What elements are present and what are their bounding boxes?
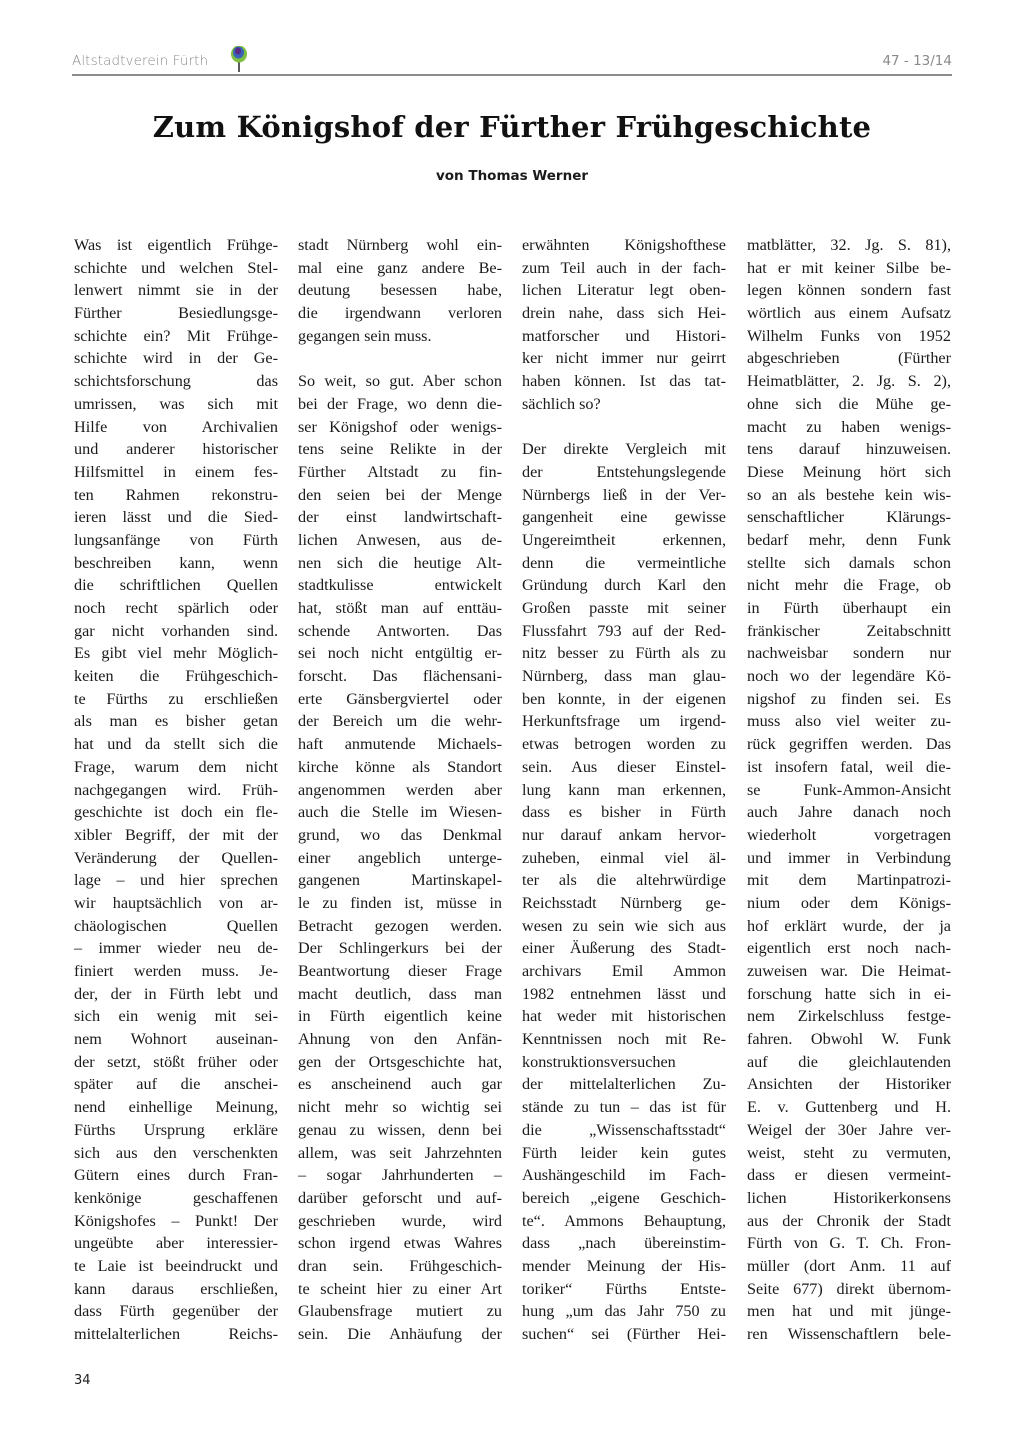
text-line: – immer wieder neu de- — [74, 937, 278, 960]
text-line: Aushängeschild im Fach- — [522, 1164, 726, 1187]
text-line: Fürther Altstadt zu fin- — [298, 461, 502, 484]
text-line: mal eine ganz andere Be- — [298, 257, 502, 280]
text-line: lage – und hier sprechen — [74, 869, 278, 892]
text-line: kann daraus erschließen, — [74, 1278, 278, 1301]
text-line: Glaubensfrage mutiert zu — [298, 1300, 502, 1323]
text-line: mender Meinung der His- — [522, 1255, 726, 1278]
text-line: ieren lässt und die Sied- — [74, 506, 278, 529]
text-line: schon irgend etwas Wahres — [298, 1232, 502, 1255]
text-line: rück gegriffen werden. Das — [747, 733, 951, 756]
text-line: Hilfsmittel in einem fes- — [74, 461, 278, 484]
text-line: der, der in Fürth lebt und — [74, 983, 278, 1006]
text-line: nicht mehr so wichtig sei — [298, 1096, 502, 1119]
text-line: legen können sondern fast — [747, 279, 951, 302]
text-line: ist insofern fatal, weil die- — [747, 756, 951, 779]
text-line: nem Zirkelschluss festge- — [747, 1005, 951, 1028]
text-line: nen sich die heutige Alt- — [298, 552, 502, 575]
text-line: die „Wissenschaftsstadt“ — [522, 1119, 726, 1142]
text-line: te Fürths zu erschließen — [74, 688, 278, 711]
text-line: gangenen Martinskapel- — [298, 869, 502, 892]
text-line: Gütern eines durch Fran- — [74, 1164, 278, 1187]
text-line: auch die Stelle im Wiesen- — [298, 801, 502, 824]
text-line: eigentlich erst noch nach- — [747, 937, 951, 960]
text-line: hat weder mit historischen — [522, 1005, 726, 1028]
text-line: lichen Literatur legt oben- — [522, 279, 726, 302]
text-line: zum Teil auch in der fach- — [522, 257, 726, 280]
text-line: sich aus den verschenkten — [74, 1142, 278, 1165]
text-line: Ungereimtheit erkennen, — [522, 529, 726, 552]
text-line: Flussfahrt 793 auf der Red- — [522, 620, 726, 643]
text-line: matforscher und Histori- — [522, 325, 726, 348]
text-line: ten Rahmen rekonstru- — [74, 484, 278, 507]
text-line: bei der Frage, wo denn die- — [298, 393, 502, 416]
text-line: einer angeblich unterge- — [298, 847, 502, 870]
text-line: macht zu haben wenigs- — [747, 416, 951, 439]
text-line: nend einhellige Meinung, — [74, 1096, 278, 1119]
text-line: kirche könne als Standort — [298, 756, 502, 779]
text-line: der einst landwirtschaft- — [298, 506, 502, 529]
text-line: der setzt, stößt früher oder — [74, 1051, 278, 1074]
text-line: ter als die altehrwürdige — [522, 869, 726, 892]
text-line: ren Wissenschaftlern bele- — [747, 1323, 951, 1346]
text-line: Ahnung von den Anfän- — [298, 1028, 502, 1051]
text-line: schichte und welchen Stel- — [74, 257, 278, 280]
paragraph-gap — [522, 416, 726, 439]
text-line: Fürth leider kein gutes — [522, 1142, 726, 1165]
text-line: wesen zu sein wie sich aus — [522, 915, 726, 938]
text-line: geschichte ist doch ein fle- — [74, 801, 278, 824]
article-author: von Thomas Werner — [0, 168, 1024, 184]
text-line: Veränderung der Quellen- — [74, 847, 278, 870]
text-line: lichen Historikerkonsens — [747, 1187, 951, 1210]
text-line: suchen“ sei (Fürther Hei- — [522, 1323, 726, 1346]
text-line: Königshofes – Punkt! Der — [74, 1210, 278, 1233]
text-line: deutung besessen habe, — [298, 279, 502, 302]
text-line: te Laie ist beeindruckt und — [74, 1255, 278, 1278]
text-line: ker nicht immer nur geirrt — [522, 347, 726, 370]
text-line: der Bereich um die wehr- — [298, 710, 502, 733]
text-line: stände zu tun – das ist für — [522, 1096, 726, 1119]
text-line: gar nicht vorhanden sind. — [74, 620, 278, 643]
text-line: hof erklärt wurde, der ja — [747, 915, 951, 938]
text-line: dran sein. Frühgeschich- — [298, 1255, 502, 1278]
text-line: sächlich so? — [522, 393, 726, 416]
text-line: schichte wird in der Ge- — [74, 347, 278, 370]
text-line: es anscheinend auch gar — [298, 1073, 502, 1096]
text-line: ohne sich die Mühe ge- — [747, 393, 951, 416]
text-line: matblätter, 32. Jg. S. 81), — [747, 234, 951, 257]
text-line: Beantwortung dieser Frage — [298, 960, 502, 983]
text-line: nachweisbar sondern nur — [747, 642, 951, 665]
text-line: schichtsforschung das — [74, 370, 278, 393]
text-line: Wilhelm Funks von 1952 — [747, 325, 951, 348]
issue-number: 47 - 13/14 — [882, 53, 952, 69]
text-line: in Fürth eigentlich keine — [298, 1005, 502, 1028]
text-line: sich ein wenig mit sei- — [74, 1005, 278, 1028]
text-line: stadtkulisse entwickelt — [298, 574, 502, 597]
tree-icon — [230, 46, 248, 72]
text-line: aus der Chronik der Stadt — [747, 1210, 951, 1233]
text-line: Fürths Ursprung erkläre — [74, 1119, 278, 1142]
text-line: hat und da stellt sich die — [74, 733, 278, 756]
text-line: grund, wo das Denkmal — [298, 824, 502, 847]
text-line: te“. Ammons Behauptung, — [522, 1210, 726, 1233]
text-line: die irgendwann verloren — [298, 302, 502, 325]
text-line: den seien bei der Menge — [298, 484, 502, 507]
text-line: toriker“ Fürths Entste- — [522, 1278, 726, 1301]
text-line: Fürther Besiedlungsge- — [74, 302, 278, 325]
text-line: auch Jahre danach noch — [747, 801, 951, 824]
text-line: und immer in Verbindung — [747, 847, 951, 870]
text-line: nur darauf ankam hervor- — [522, 824, 726, 847]
text-line: noch wo der legendäre Kö- — [747, 665, 951, 688]
text-line: Nürnbergs ließ in der Ver- — [522, 484, 726, 507]
text-line: Seite 677) direkt übernom- — [747, 1278, 951, 1301]
text-line: forschung hatte sich in ei- — [747, 983, 951, 1006]
text-line: dass er diesen vermeint- — [747, 1164, 951, 1187]
text-line: lichen Anwesen, aus de- — [298, 529, 502, 552]
text-line: Großen passte mit seiner — [522, 597, 726, 620]
text-line: Hilfe von Archivalien — [74, 416, 278, 439]
page-number: 34 — [74, 1373, 91, 1388]
text-line: chäologischen Quellen — [74, 915, 278, 938]
text-column-2: stadt Nürnberg wohl ein-mal eine ganz an… — [298, 234, 502, 1346]
publisher-name: Altstadtverein Fürth — [72, 53, 208, 69]
text-line: umrissen, was sich mit — [74, 393, 278, 416]
text-line: lung kann man erkennen, — [522, 779, 726, 802]
text-line: finiert werden muss. Je- — [74, 960, 278, 983]
text-column-4: matblätter, 32. Jg. S. 81),hat er mit ke… — [747, 234, 951, 1346]
text-line: erwähnten Königshofthese — [522, 234, 726, 257]
text-line: macht deutlich, dass man — [298, 983, 502, 1006]
text-line: zuheben, einmal viel äl- — [522, 847, 726, 870]
text-line: stellte sich damals schon — [747, 552, 951, 575]
text-line: Betracht gezogen werden. — [298, 915, 502, 938]
text-line: te scheint hier zu einer Art — [298, 1278, 502, 1301]
text-line: haft anmutende Michaels- — [298, 733, 502, 756]
text-line: Diese Meinung hört sich — [747, 461, 951, 484]
text-line: allem, was seit Jahrzehnten — [298, 1142, 502, 1165]
text-line: die schriftlichen Quellen — [74, 574, 278, 597]
text-line: etwas betrogen worden zu — [522, 733, 726, 756]
text-line: schende Antworten. Das — [298, 620, 502, 643]
text-line: So weit, so gut. Aber schon — [298, 370, 502, 393]
text-line: geschrieben wurde, wird — [298, 1210, 502, 1233]
text-line: 1982 entnehmen lässt und — [522, 983, 726, 1006]
text-line: dass es bisher in Fürth — [522, 801, 726, 824]
text-line: hat, stößt man auf enttäu- — [298, 597, 502, 620]
text-line: darüber geforscht und auf- — [298, 1187, 502, 1210]
text-line: bedarf mehr, denn Funk — [747, 529, 951, 552]
text-line: konstruktionsversuchen — [522, 1051, 726, 1074]
text-line: fränkischer Zeitabschnitt — [747, 620, 951, 643]
text-line: Der direkte Vergleich mit — [522, 438, 726, 461]
text-line: nitz besser zu Fürth als zu — [522, 642, 726, 665]
text-line: mit dem Martinpatrozi- — [747, 869, 951, 892]
text-line: tens seine Relikte in der — [298, 438, 502, 461]
text-line: in Fürth überhaupt ein — [747, 597, 951, 620]
text-line: Nürnberg, dass man glau- — [522, 665, 726, 688]
article-body: Was ist eigentlich Frühge-schichte und w… — [74, 234, 952, 1354]
text-line: ser Königshof oder wenigs- — [298, 416, 502, 439]
text-line: dass Fürth gegenüber der — [74, 1300, 278, 1323]
text-line: sein. Die Anhäufung der — [298, 1323, 502, 1346]
text-line: Frage, warum dem nicht — [74, 756, 278, 779]
text-line: weist, steht zu vermuten, — [747, 1142, 951, 1165]
text-line: fahren. Obwohl W. Funk — [747, 1028, 951, 1051]
text-line: gangenheit eine gewisse — [522, 506, 726, 529]
text-line: gegangen sein muss. — [298, 325, 502, 348]
text-line: nachgegangen wird. Früh- — [74, 779, 278, 802]
text-line: abgeschrieben (Fürther — [747, 347, 951, 370]
text-line: Heimatblätter, 2. Jg. S. 2), — [747, 370, 951, 393]
text-line: drein nahe, dass sich Hei- — [522, 302, 726, 325]
text-line: stadt Nürnberg wohl ein- — [298, 234, 502, 257]
text-line: zuweisen war. Die Heimat- — [747, 960, 951, 983]
text-line: schichte ein? Mit Frühge- — [74, 325, 278, 348]
text-line: E. v. Guttenberg und H. — [747, 1096, 951, 1119]
text-line: erte Gänsbergviertel oder — [298, 688, 502, 711]
text-line: Kenntnissen noch mit Re- — [522, 1028, 726, 1051]
text-line: lenwert nimmt sie in der — [74, 279, 278, 302]
text-line: archivars Emil Ammon — [522, 960, 726, 983]
text-line: tens darauf hinzuweisen. — [747, 438, 951, 461]
text-line: der Entstehungslegende — [522, 461, 726, 484]
text-line: forscht. Das flächensani- — [298, 665, 502, 688]
text-line: lungsanfänge von Fürth — [74, 529, 278, 552]
paragraph-gap — [298, 347, 502, 370]
text-line: noch recht spärlich oder — [74, 597, 278, 620]
text-line: xibler Begriff, der mit der — [74, 824, 278, 847]
text-line: Fürth von G. T. Ch. Fron- — [747, 1232, 951, 1255]
text-line: senschaftlicher Klärungs- — [747, 506, 951, 529]
text-line: Herkunftsfrage um irgend- — [522, 710, 726, 733]
text-line: kenkönige geschaffenen — [74, 1187, 278, 1210]
text-line: denn die vermeintliche — [522, 552, 726, 575]
text-line: ben konnte, in der eigenen — [522, 688, 726, 711]
text-column-1: Was ist eigentlich Frühge-schichte und w… — [74, 234, 278, 1346]
text-line: ungeübte aber interessier- — [74, 1232, 278, 1255]
text-line: nem Wohnort auseinan- — [74, 1028, 278, 1051]
text-line: sein. Aus dieser Einstel- — [522, 756, 726, 779]
text-line: einer Äußerung des Stadt- — [522, 937, 726, 960]
text-line: als man es bisher getan — [74, 710, 278, 733]
text-line: wörtlich aus einem Aufsatz — [747, 302, 951, 325]
running-header: Altstadtverein Fürth 47 - 13/14 — [72, 48, 952, 76]
text-line: Der Schlingerkurs bei der — [298, 937, 502, 960]
text-line: Ansichten der Historiker — [747, 1073, 951, 1096]
text-line: und anderer historischer — [74, 438, 278, 461]
text-line: später auf die anschei- — [74, 1073, 278, 1096]
text-line: angenommen werden aber — [298, 779, 502, 802]
text-line: mittelalterlichen Reichs- — [74, 1323, 278, 1346]
text-line: Es gibt viel mehr Möglich- — [74, 642, 278, 665]
text-line: genau zu wissen, denn bei — [298, 1119, 502, 1142]
text-line: keiten die Frühgeschich- — [74, 665, 278, 688]
text-line: hat er mit keiner Silbe be- — [747, 257, 951, 280]
text-line: Was ist eigentlich Frühge- — [74, 234, 278, 257]
text-line: haben können. Ist das tat- — [522, 370, 726, 393]
text-line: dass „nach übereinstim- — [522, 1232, 726, 1255]
text-line: Gründung durch Karl den — [522, 574, 726, 597]
text-line: nium oder dem Königs- — [747, 892, 951, 915]
text-line: der mittelalterlichen Zu- — [522, 1073, 726, 1096]
text-line: wiederholt vorgetragen — [747, 824, 951, 847]
text-line: so an als bestehe kein wis- — [747, 484, 951, 507]
text-line: muss also viel weiter zu- — [747, 710, 951, 733]
text-line: Reichsstadt Nürnberg ge- — [522, 892, 726, 915]
text-line: nigshof zu finden sei. Es — [747, 688, 951, 711]
text-line: se Funk-Ammon-Ansicht — [747, 779, 951, 802]
article-title: Zum Königshof der Fürther Frühgeschichte — [0, 110, 1024, 144]
text-line: bereich „eigene Geschich- — [522, 1187, 726, 1210]
text-line: auf die gleichlautenden — [747, 1051, 951, 1074]
text-column-3: erwähnten Königshofthesezum Teil auch in… — [522, 234, 726, 1346]
text-line: wir hauptsächlich von ar- — [74, 892, 278, 915]
text-line: beschreiben kann, wenn — [74, 552, 278, 575]
text-line: müller (dort Anm. 11 auf — [747, 1255, 951, 1278]
text-line: hung „um das Jahr 750 zu — [522, 1300, 726, 1323]
text-line: nicht mehr die Frage, ob — [747, 574, 951, 597]
text-line: men hat und mit jünge- — [747, 1300, 951, 1323]
text-line: gen der Ortsgeschichte hat, — [298, 1051, 502, 1074]
text-line: le zu finden ist, müsse in — [298, 892, 502, 915]
text-line: – sogar Jahrhunderten – — [298, 1164, 502, 1187]
text-line: sei noch nicht entgültig er- — [298, 642, 502, 665]
text-line: Weigel der 30er Jahre ver- — [747, 1119, 951, 1142]
